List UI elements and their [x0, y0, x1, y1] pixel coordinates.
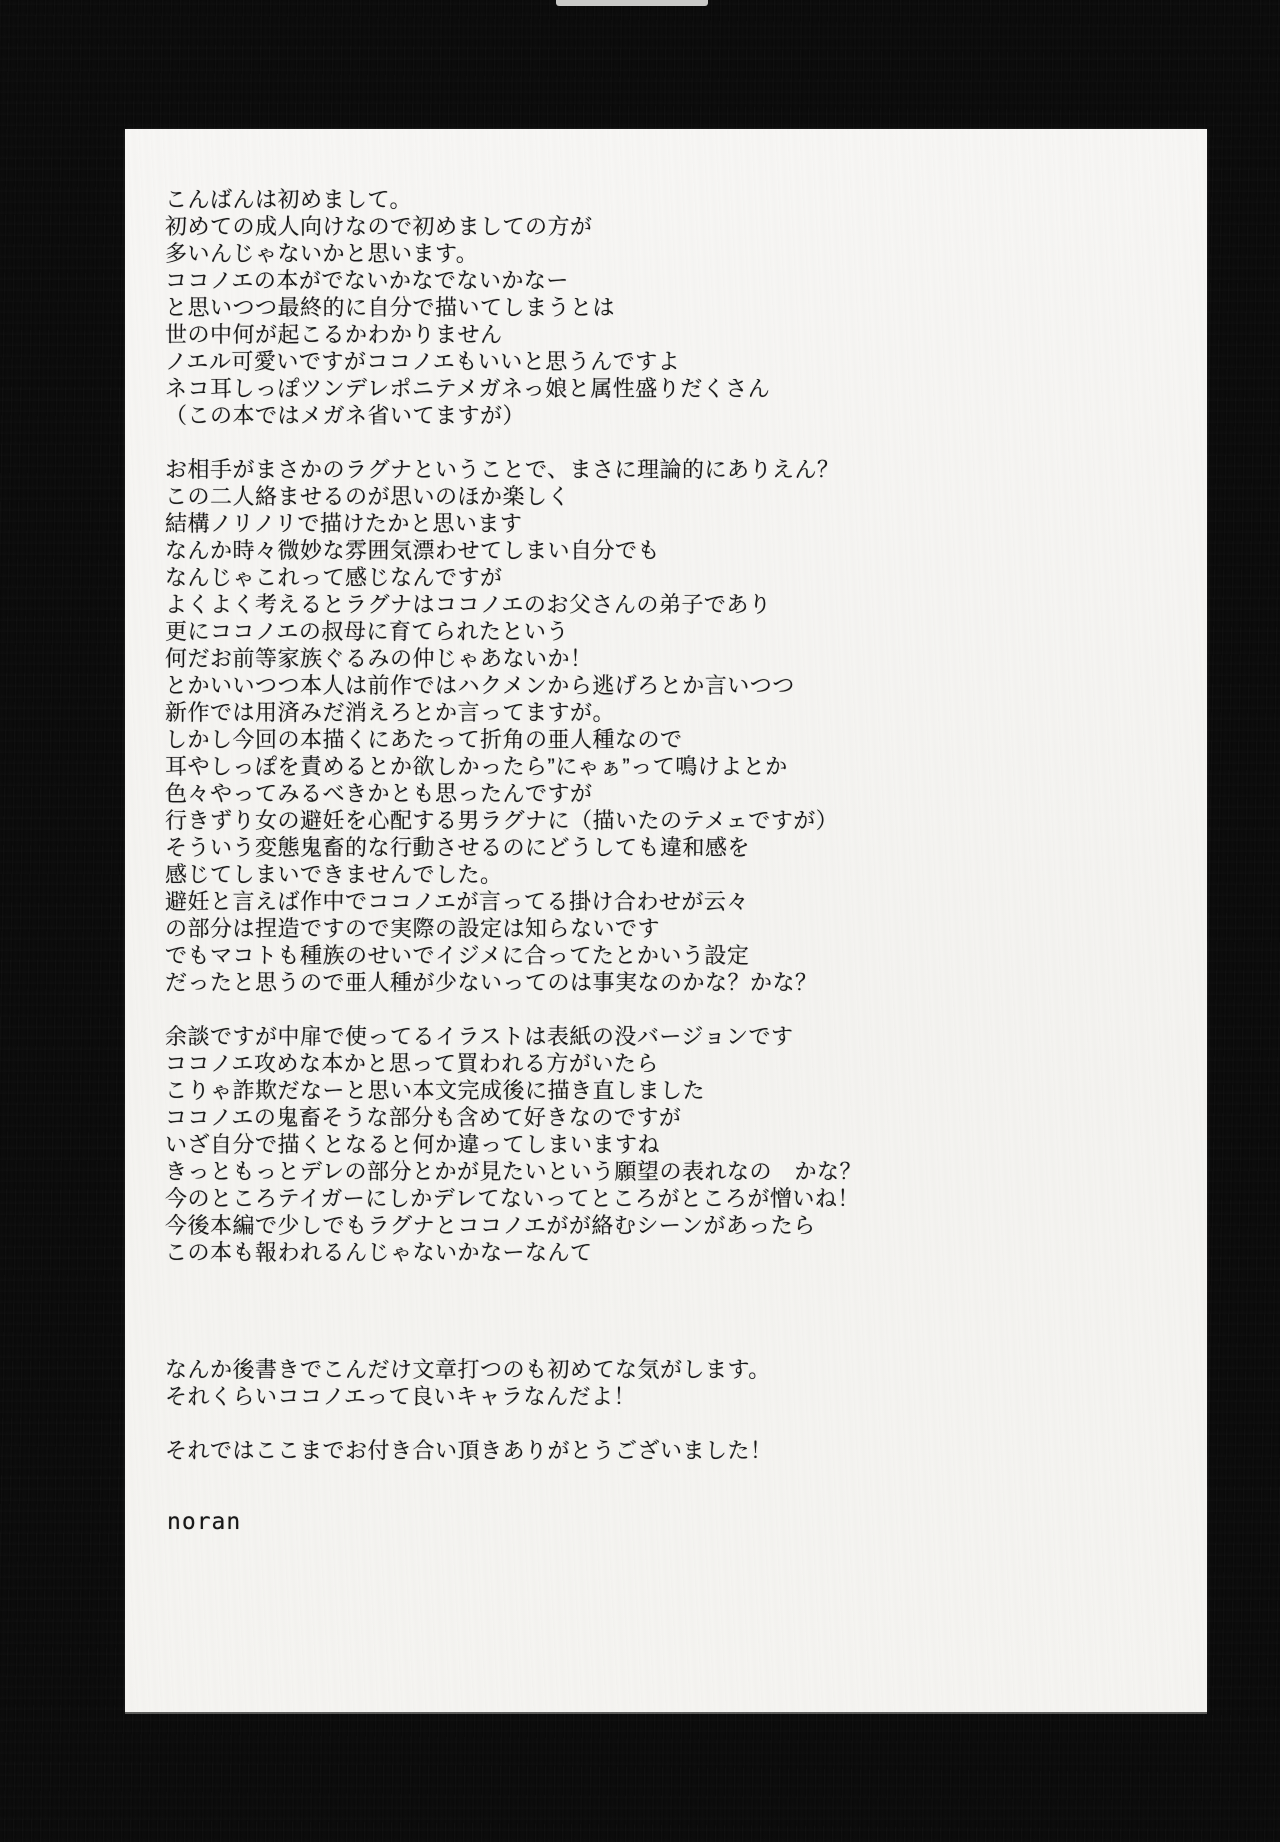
text-line: 多いんじゃないかと思います。: [165, 240, 1165, 267]
text-line: こんばんは初めまして。: [165, 186, 1165, 213]
scan-background: こんばんは初めまして。初めての成人向けなので初めましての方が多いんじゃないかと思…: [0, 0, 1280, 1842]
text-line: ネコ耳しっぽツンデレポニテメガネっ娘と属性盛りだくさん: [165, 375, 1165, 402]
text-line: こりゃ詐欺だなーと思い本文完成後に描き直しました: [165, 1077, 1165, 1104]
text-line: 耳やしっぽを責めるとか欲しかったら”にゃぁ”って鳴けよとか: [165, 753, 1165, 780]
text-line: 行きずり女の避妊を心配する男ラグナに（描いたのテメェですが）: [165, 807, 1165, 834]
text-line: 結構ノリノリで描けたかと思います: [165, 510, 1165, 537]
paragraph: なんか後書きでこんだけ文章打つのも初めてな気がします。それくらいココノエって良い…: [165, 1356, 1165, 1410]
text-line: なんか時々微妙な雰囲気漂わせてしまい自分でも: [165, 537, 1165, 564]
text-line: いざ自分で描くとなると何か違ってしまいますね: [165, 1131, 1165, 1158]
text-line: 余談ですが中扉で使ってるイラストは表紙の没バージョンです: [165, 1023, 1165, 1050]
paper-page: こんばんは初めまして。初めての成人向けなので初めましての方が多いんじゃないかと思…: [125, 129, 1207, 1712]
text-line: 更にココノエの叔母に育てられたという: [165, 618, 1165, 645]
text-line: ノエル可愛いですがココノエもいいと思うんですよ: [165, 348, 1165, 375]
paragraph: それではここまでお付き合い頂きありがとうございました！: [165, 1437, 1165, 1464]
text-line: 何だお前等家族ぐるみの仲じゃあないか！: [165, 645, 1165, 672]
author-signature: noran: [167, 1509, 1165, 1536]
text-line: とかいいつつ本人は前作ではハクメンから逃げろとか言いつつ: [165, 672, 1165, 699]
text-line: 新作では用済みだ消えろとか言ってますが。: [165, 699, 1165, 726]
paragraph: お相手がまさかのラグナということで、まさに理論的にありえん？この二人絡ませるのが…: [165, 456, 1165, 996]
text-line: ココノエの本がでないかなでないかなー: [165, 267, 1165, 294]
text-line: と思いつつ最終的に自分で描いてしまうとは: [165, 294, 1165, 321]
text-line: 初めての成人向けなので初めましての方が: [165, 213, 1165, 240]
text-line: ココノエの鬼畜そうな部分も含めて好きなのですが: [165, 1104, 1165, 1131]
text-line: しかし今回の本描くにあたって折角の亜人種なので: [165, 726, 1165, 753]
text-line: それではここまでお付き合い頂きありがとうございました！: [165, 1437, 1165, 1464]
text-line: 色々やってみるべきかとも思ったんですが: [165, 780, 1165, 807]
text-line: でもマコトも種族のせいでイジメに合ってたとかいう設定: [165, 942, 1165, 969]
text-line: それくらいココノエって良いキャラなんだよ！: [165, 1383, 1165, 1410]
paragraph-list: こんばんは初めまして。初めての成人向けなので初めましての方が多いんじゃないかと思…: [165, 186, 1165, 1464]
text-line: の部分は捏造ですので実際の設定は知らないです: [165, 915, 1165, 942]
text-line: よくよく考えるとラグナはココノエのお父さんの弟子であり: [165, 591, 1165, 618]
text-line: 避妊と言えば作中でココノエが言ってる掛け合わせが云々: [165, 888, 1165, 915]
text-line: なんか後書きでこんだけ文章打つのも初めてな気がします。: [165, 1356, 1165, 1383]
text-line: 世の中何が起こるかわかりません: [165, 321, 1165, 348]
text-line: 今のところテイガーにしかデレてないってところがところが憎いね！: [165, 1185, 1165, 1212]
paragraph: こんばんは初めまして。初めての成人向けなので初めましての方が多いんじゃないかと思…: [165, 186, 1165, 429]
text-line: お相手がまさかのラグナということで、まさに理論的にありえん？: [165, 456, 1165, 483]
text-line: だったと思うので亜人種が少ないってのは事実なのかな？かな？: [165, 969, 1165, 996]
afterword-text-block: こんばんは初めまして。初めての成人向けなので初めましての方が多いんじゃないかと思…: [165, 186, 1165, 1536]
text-line: （この本ではメガネ省いてますが）: [165, 402, 1165, 429]
text-line: この本も報われるんじゃないかなーなんて: [165, 1239, 1165, 1266]
paragraph: 余談ですが中扉で使ってるイラストは表紙の没バージョンですココノエ攻めな本かと思っ…: [165, 1023, 1165, 1266]
text-line: この二人絡ませるのが思いのほか楽しく: [165, 483, 1165, 510]
text-line: なんじゃこれって感じなんですが: [165, 564, 1165, 591]
text-line: ココノエ攻めな本かと思って買われる方がいたら: [165, 1050, 1165, 1077]
text-line: そういう変態鬼畜的な行動させるのにどうしても違和感を: [165, 834, 1165, 861]
text-line: 感じてしまいできませんでした。: [165, 861, 1165, 888]
text-line: 今後本編で少しでもラグナとココノエがが絡むシーンがあったら: [165, 1212, 1165, 1239]
scan-edge-artifact: [556, 0, 708, 6]
text-line: きっともっとデレの部分とかが見たいという願望の表れなの かな？: [165, 1158, 1165, 1185]
